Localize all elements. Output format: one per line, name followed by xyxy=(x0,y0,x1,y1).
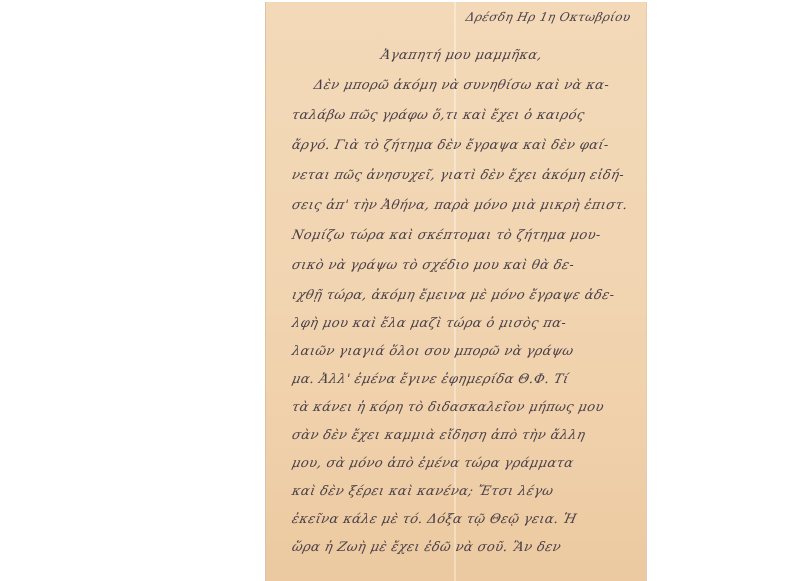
letter-line: ιχθῇ τώρα, ἀκόμη ἔμεινα μὲ μόνο ἔγραψε ἀ… xyxy=(290,288,616,303)
letter-line: καὶ δὲν ξέρει καὶ κανένα; Ἔτσι λέγω xyxy=(290,484,554,499)
letter-page: Δρέσδη Ηρ 1η Οκτωβρίου Ἀγαπητή μου μαμμῆ… xyxy=(266,2,646,581)
letter-line: ὥρα ἡ Ζωὴ μὲ ἔχει ἐδῶ νὰ σοῦ. Ἂν δεν xyxy=(290,540,562,555)
letter-line: σικὸ νὰ γράψω τὸ σχέδιο μου καὶ θὰ δε- xyxy=(290,258,575,273)
letter-line: λφὴ μου καὶ ἔλα μαζὶ τώρα ὁ μισὸς πα- xyxy=(290,316,567,331)
letter-line: λαιῶν γιαγιά ὅλοι σου μπορῶ νὰ γράψω xyxy=(290,344,575,359)
letter-line: Δὲν μπορῶ ἀκόμη νὰ συνηθίσω καὶ νὰ κα- xyxy=(312,78,610,93)
letter-line: τὰ κάνει ἡ κόρη τὸ διδασκαλεῖον μήπως μο… xyxy=(290,400,605,415)
letter-line: ἄργό. Γιὰ τὸ ζήτημα δὲν ἔγραψα καὶ δὲν φ… xyxy=(290,138,610,153)
letter-salutation: Ἀγαπητή μου μαμμῆκα, xyxy=(379,48,543,63)
letter-line: ταλάβω πῶς γράφω ὅ,τι καὶ ἔχει ὁ καιρός xyxy=(290,108,586,123)
letter-line: ἐκεῖνα κάλε μὲ τό. Δόξα τῷ Θεῷ γεια. Ἡ xyxy=(290,512,578,527)
letter-line: σεις ἀπ' τὴν Ἀθήνα, παρὰ μόνο μιὰ μικρὴ … xyxy=(290,198,629,213)
letter-line: νεται πῶς ἀνησυχεῖ, γιατὶ δὲν ἔχει ἀκόμη… xyxy=(290,168,625,183)
letter-line: Νομίζω τώρα καὶ σκέπτομαι τὸ ζήτημα μου- xyxy=(290,228,602,243)
letter-line: σὰν δὲν ἔχει καμμιὰ εἴδηση ἀπὸ τὴν ἄλλη xyxy=(290,428,586,443)
letter-date-header: Δρέσδη Ηρ 1η Οκτωβρίου xyxy=(465,10,633,24)
letter-line: μα. Ἀλλ' ἐμένα ἔγινε ἐφημερίδα Θ.Φ. Τί xyxy=(290,372,570,387)
letter-line: μου, σὰ μόνο ἀπὸ ἐμένα τώρα γράμματα xyxy=(290,456,575,471)
